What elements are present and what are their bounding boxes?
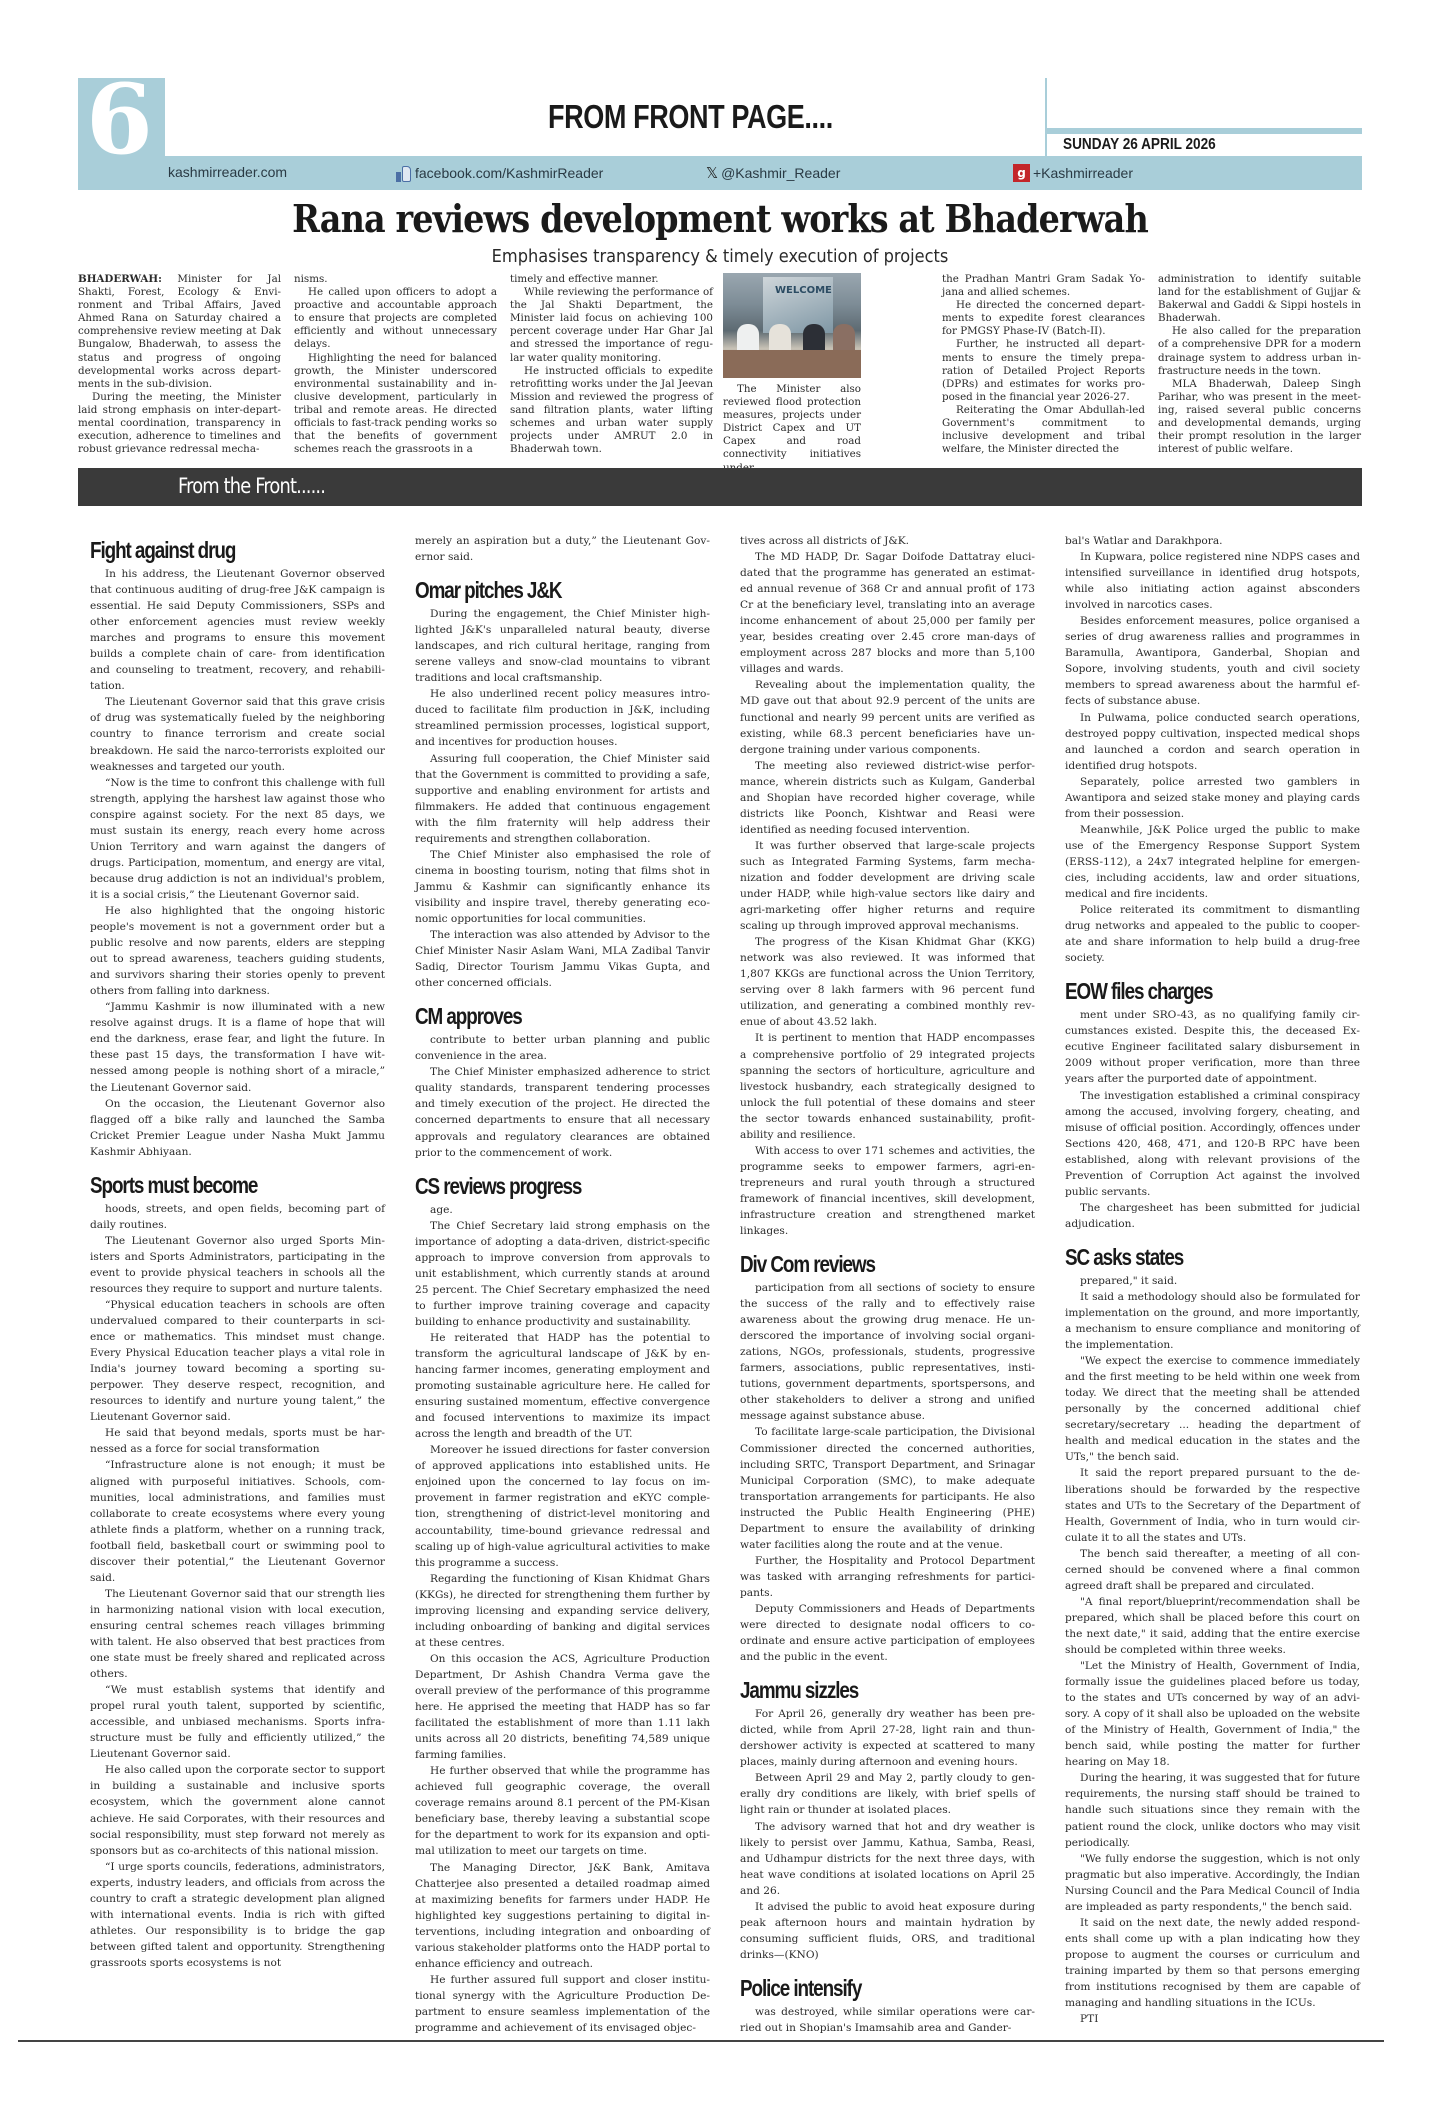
story-headline-sports-must-become: Sports must become (90, 1172, 332, 1198)
section-title: FROM FRONT PAGE.... (548, 98, 833, 136)
lead-paragraph: Highlighting the need for balanced growt… (294, 352, 497, 457)
story-paragraph: He also underlined recent policy measure… (415, 686, 710, 750)
lead-column-5: the Pradhan Mantri Gram Sadak Yo­jana an… (942, 273, 1145, 456)
lead-paragraph: While reviewing the performance of the J… (510, 286, 713, 365)
story-paragraph: It said on the next date, the newly adde… (1065, 1915, 1360, 2011)
story-paragraph: The Chief Minister emphasized adherence … (415, 1064, 710, 1160)
lead-subheadline: Emphasises transparency & timely executi… (142, 246, 1298, 267)
story-paragraph: merely an aspiration but a duty,” the Li… (415, 533, 710, 565)
story-paragraph: Police reiterated its commitment to dism… (1065, 902, 1360, 966)
story-paragraph: For April 26, generally dry weather has … (740, 1706, 1035, 1770)
lead-column-4: The Minister also reviewed flood protect… (723, 383, 861, 475)
lead-paragraph: He instructed officials to expedite retr… (510, 365, 713, 457)
lead-paragraph: He also called for the preparation of a … (1158, 325, 1361, 377)
meeting-table (723, 350, 861, 378)
story-paragraph: ment under SRO-43, as no qualifying fami… (1065, 1007, 1360, 1087)
story-paragraph: Besides enforcement measures, police org… (1065, 613, 1360, 709)
story-paragraph: The advisory warned that hot and dry wea… (740, 1819, 1035, 1899)
story-paragraph: Assuring full cooperation, the Chief Min… (415, 751, 710, 847)
story-paragraph: "A final report/blueprint/recommendation… (1065, 1594, 1360, 1658)
x-link[interactable]: 𝕏 @Kashmir_Reader (706, 164, 840, 182)
lead-headline: Rana reviews development works at Bhader… (155, 196, 1285, 241)
story-paragraph: He further assured full support and clos… (415, 1972, 710, 2036)
story-paragraph: The bench said thereafter, a meeting of … (1065, 1546, 1360, 1594)
front-column-3: tives across all districts of J&K. The M… (740, 533, 1035, 2036)
story-paragraph: The progress of the Kisan Khidmat Ghar (… (740, 934, 1035, 1030)
lead-paragraph: The Minister also reviewed flood protect… (723, 383, 861, 475)
story-paragraph: Separately, police arrested two gamblers… (1065, 774, 1360, 822)
story-paragraph: Between April 29 and May 2, partly cloud… (740, 1770, 1035, 1818)
story-paragraph: prepared," it said. (1065, 1273, 1360, 1289)
story-paragraph: He said that beyond medals, sports must … (90, 1425, 385, 1457)
facebook-link[interactable]: facebook.com/KashmirReader (396, 164, 603, 182)
story-paragraph: The chargesheet has been submitted for j… (1065, 1200, 1360, 1232)
story-headline-cm-approves: CM approves (415, 1003, 657, 1029)
story-paragraph: “Infrastructure alone is not enough; it … (90, 1457, 385, 1585)
lead-paragraph: administration to identify suitable land… (1158, 273, 1361, 325)
story-paragraph: With access to over 171 schemes and acti… (740, 1143, 1035, 1239)
story-paragraph: Regarding the functioning of Kisan Khidm… (415, 1571, 710, 1651)
story-paragraph: In Pulwama, police conducted search oper… (1065, 710, 1360, 774)
story-paragraph: was destroyed, while similar operations … (740, 2004, 1035, 2036)
from-the-front-band: From the Front...... (78, 468, 1362, 506)
masthead-divider (1045, 78, 1047, 160)
lead-column-2: nisms. He called upon officers to adopt … (294, 273, 497, 456)
meeting-photo: WELCOME (723, 273, 861, 378)
story-headline-div-com-reviews: Div Com reviews (740, 1251, 982, 1277)
story-paragraph: The meeting also reviewed district-wise … (740, 758, 1035, 838)
story-paragraph: In Kupwara, police registered nine NDPS … (1065, 549, 1360, 613)
story-paragraph: participation from all sections of socie… (740, 1280, 1035, 1424)
story-paragraph: The interaction was also attended by Adv… (415, 927, 710, 991)
website-label: kashmirreader.com (168, 164, 287, 180)
story-headline-fight-against-drug: Fight against drug (90, 537, 332, 563)
story-paragraph: On the occasion, the Lieutenant Governor… (90, 1096, 385, 1160)
story-paragraph: The Chief Minister also emphasised the r… (415, 847, 710, 927)
story-headline-cs-reviews-progress: CS reviews progress (415, 1173, 657, 1199)
lead-column-3: timely and effective manner. While revie… (510, 273, 713, 456)
google-plus-label: +Kashmirreader (1033, 165, 1133, 181)
story-paragraph: "Let the Ministry of Health, Government … (1065, 1658, 1360, 1770)
lead-column-1: BHADERWAH: Minister for Jal Shakti, Fore… (78, 273, 281, 456)
story-paragraph: Revealing about the implementation quali… (740, 677, 1035, 757)
story-paragraph: During the engagement, the Chief Ministe… (415, 606, 710, 686)
story-paragraph: It said a methodology should also be for… (1065, 1289, 1360, 1353)
story-paragraph: In his address, the Lieutenant Governor … (90, 566, 385, 694)
lead-column-6: administration to identify suitable land… (1158, 273, 1361, 456)
lead-paragraph: He called upon officers to adopt a proac… (294, 286, 497, 351)
story-paragraph: He reiterated that HADP has the potentia… (415, 1330, 710, 1442)
facebook-like-icon (396, 164, 412, 182)
story-paragraph: During the hearing, it was suggested tha… (1065, 1770, 1360, 1850)
facebook-label: facebook.com/KashmirReader (415, 165, 603, 181)
story-paragraph: “Now is the time to confront this challe… (90, 775, 385, 903)
story-paragraph: contribute to better urban planning and … (415, 1032, 710, 1064)
story-paragraph: The MD HADP, Dr. Sagar Doifode Dattatray… (740, 549, 1035, 677)
lead-story-body: BHADERWAH: Minister for Jal Shakti, Fore… (78, 273, 1362, 453)
page-number: 6 (86, 72, 153, 168)
front-column-1: Fight against drug In his address, the L… (90, 533, 385, 1971)
story-paragraph: It advised the public to avoid heat expo… (740, 1899, 1035, 1963)
story-paragraph: It is pertinent to mention that HADP enc… (740, 1030, 1035, 1142)
story-paragraph: It was further observed that large-scale… (740, 838, 1035, 934)
story-paragraph: Meanwhile, J&K Police urged the public t… (1065, 822, 1360, 902)
lead-paragraph: Further, he instructed all depart­ments … (942, 338, 1145, 403)
story-paragraph: “I urge sports councils, federations, ad… (90, 1859, 385, 1971)
x-icon: 𝕏 (706, 164, 718, 182)
story-paragraph: The Lieutenant Governor said that our st… (90, 1586, 385, 1682)
story-paragraph: "We expect the exercise to commence imme… (1065, 1353, 1360, 1465)
story-paragraph: age. (415, 1202, 710, 1218)
story-paragraph: The Managing Director, J&K Bank, Amitava… (415, 1860, 710, 1972)
lead-paragraph: During the meeting, the Minister laid st… (78, 391, 281, 456)
story-headline-omar-pitches-jk: Omar pitches J&K (415, 577, 657, 603)
lead-paragraph: timely and effective manner. (510, 273, 713, 286)
story-paragraph: He further observed that while the progr… (415, 1763, 710, 1859)
story-paragraph: "We fully endorse the suggestion, which … (1065, 1851, 1360, 1915)
page-bottom-rule (18, 2040, 1384, 2042)
story-paragraph: Moreover he issued directions for faster… (415, 1442, 710, 1570)
story-headline-sc-asks-states: SC asks states (1065, 1244, 1307, 1270)
story-paragraph: The investigation established a criminal… (1065, 1088, 1360, 1200)
newspaper-page: 6 FROM FRONT PAGE.... SUNDAY 26 APRIL 20… (78, 78, 1362, 190)
front-column-4: bal's Watlar and Darakhpora. In Kupwara,… (1065, 533, 1360, 2027)
story-paragraph: bal's Watlar and Darakhpora. (1065, 533, 1360, 549)
front-column-2: merely an aspiration but a duty,” the Li… (415, 533, 710, 2036)
story-paragraph: The Lieutenant Governor also urged Sport… (90, 1233, 385, 1297)
story-paragraph: “Jammu Kashmir is now illuminated with a… (90, 999, 385, 1095)
story-paragraph: He also highlighted that the ongoing his… (90, 903, 385, 999)
issue-date: SUNDAY 26 APRIL 2026 (1063, 136, 1216, 154)
story-paragraph: tives across all districts of J&K. (740, 533, 1035, 549)
lead-paragraph: Reiterating the Omar Abdullah-led Govern… (942, 404, 1145, 456)
story-headline-police-intensify: Police intensify (740, 1975, 982, 2001)
story-paragraph: Further, the Hospitality and Protocol De… (740, 1553, 1035, 1601)
story-paragraph: The Chief Secretary laid strong emphasis… (415, 1218, 710, 1330)
google-plus-link[interactable]: g +Kashmirreader (1013, 164, 1133, 182)
agency-credit: PTI (1065, 2011, 1360, 2027)
story-paragraph: hoods, streets, and open fields, becomin… (90, 1201, 385, 1233)
story-paragraph: He also called upon the corporate sector… (90, 1762, 385, 1858)
story-paragraph: It said the report prepared pursuant to … (1065, 1465, 1360, 1545)
story-headline-jammu-sizzles: Jammu sizzles (740, 1677, 982, 1703)
story-paragraph: To facilitate large-scale participation,… (740, 1424, 1035, 1552)
website-link[interactable]: kashmirreader.com (168, 164, 287, 180)
lead-paragraph: He directed the concerned depart­ments t… (942, 299, 1145, 338)
lead-paragraph: the Pradhan Mantri Gram Sadak Yo­jana an… (942, 273, 1145, 299)
date-bar (1047, 128, 1362, 134)
story-paragraph: Deputy Commissioners and Heads of Depart… (740, 1601, 1035, 1665)
story-headline-eow-files-charges: EOW files charges (1065, 978, 1307, 1004)
story-paragraph: “We must establish systems that identify… (90, 1682, 385, 1762)
from-the-front-label: From the Front...... (178, 474, 325, 498)
story-paragraph: The Lieutenant Governor said that this g… (90, 694, 385, 774)
social-bar: kashmirreader.com facebook.com/KashmirRe… (78, 156, 1362, 190)
lead-paragraph: nisms. (294, 273, 497, 286)
story-paragraph: On this occasion the ACS, Agriculture Pr… (415, 1651, 710, 1763)
masthead: 6 FROM FRONT PAGE.... SUNDAY 26 APRIL 20… (78, 78, 1362, 190)
lead-paragraph: MLA Bhaderwah, Daleep Singh Parihar, who… (1158, 378, 1361, 457)
lead-paragraph: BHADERWAH: Minister for Jal Shakti, Fore… (78, 273, 281, 391)
story-paragraph: “Physical education teachers in schools … (90, 1297, 385, 1425)
google-plus-icon: g (1013, 164, 1030, 182)
dateline: BHADERWAH: (78, 273, 162, 285)
x-label: @Kashmir_Reader (721, 165, 840, 181)
